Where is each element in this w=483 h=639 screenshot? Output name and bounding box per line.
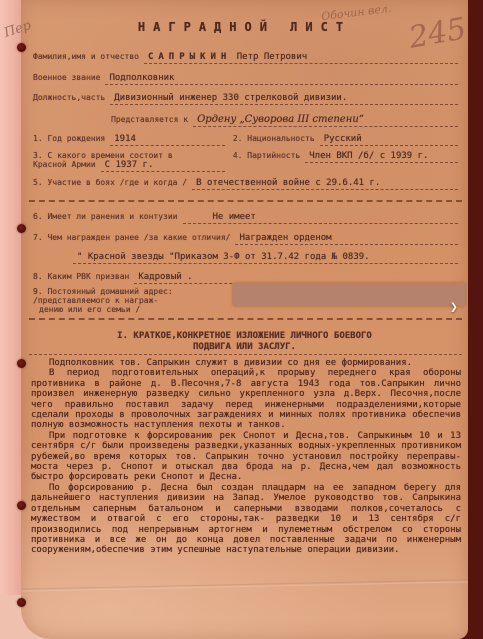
citation-text: Подполковник тов. Сапрыкин служит в диви…: [31, 358, 461, 556]
field-nationality-value: Русский: [320, 134, 458, 146]
field-row-service-party: 3. С какого времени состоит в Красной Ар…: [33, 151, 458, 172]
next-page-chevron-icon[interactable]: ❯: [450, 300, 458, 315]
scanned-award-sheet: НАГРАДНОЙ ЛИСТ Обочин вел. 245 Фамилия,и…: [0, 0, 483, 639]
field-service: 3. С какого времени состоит в Красной Ар…: [33, 151, 225, 172]
punch-hole: [17, 224, 26, 233]
field-rank-value: Подполковник: [105, 73, 458, 85]
field-birth-year: 1. Год рождения 1914: [33, 134, 225, 146]
given-names-text: Петр Петрович: [237, 52, 307, 62]
field-address-label3: дению или его семьи /: [33, 305, 458, 314]
punch-hole: [17, 359, 26, 368]
field-position: Должность,часть Дивизионный инженер 330 …: [33, 93, 458, 105]
citation-paragraph: По форсированию р. Десна был создан плац…: [31, 483, 461, 556]
section-heading-line1: I. КРАТКОЕ,КОНКРЕТНОЕ ИЗЛОЖЕНИЕ ЛИЧНОГО …: [21, 331, 468, 341]
field-rvk-label: 8. Каким РВК призван: [33, 272, 129, 281]
field-row-birth-nationality: 1. Год рождения 1914 2. Национальность Р…: [33, 134, 458, 146]
field-party-label: 4. Партийность: [233, 151, 300, 160]
field-prev-awards-value2: " Красной звезды "Приказом 3-Ф от 31.7.4…: [73, 252, 458, 264]
field-party-value: Член ВКП /б/ с 1939 г.: [305, 151, 458, 163]
section-heading-line2: ПОДВИГА ИЛИ ЗАСЛУГ.: [21, 342, 468, 352]
field-birth-year-value: 1914: [110, 134, 225, 146]
field-prev-awards-value: Награжден орденом: [235, 233, 458, 245]
field-wounds-value: Не имеет: [183, 212, 459, 224]
handwritten-page-number: 245: [406, 11, 468, 55]
field-birth-year-label: 1. Год рождения: [33, 134, 105, 143]
field-nationality-label: 2. Национальность: [233, 134, 315, 143]
field-name-label: Фамилия,имя и отчество: [33, 52, 139, 61]
section-divider: [29, 200, 462, 202]
field-battles: 5. Участие в боях /где и когда / В отече…: [33, 178, 458, 190]
field-battles-label: 5. Участие в боях /где и когда /: [33, 178, 187, 187]
surname-text: САПРЫКИН: [148, 52, 231, 62]
page-title: НАГРАДНОЙ ЛИСТ: [21, 20, 468, 34]
field-service-label1: 3. С какого времени состоит в: [33, 151, 225, 160]
field-service-value: С 1937 г.: [101, 160, 225, 172]
punch-hole: [17, 501, 26, 510]
redacted-address-region: [233, 283, 465, 306]
punch-hole: [17, 43, 26, 52]
field-service-label2: Красной Армии: [33, 160, 96, 169]
field-nominated-value: Ордену „Суворова III степени“: [193, 114, 458, 127]
heading-underline: [29, 354, 462, 355]
field-battles-value: В отечественной войне с 29.6.41 г.: [192, 178, 458, 190]
citation-paragraph: При подготовке к форсированию рек Снопот…: [31, 431, 461, 483]
field-wounds-label: 6. Имеет ли ранения и контузии: [33, 212, 178, 221]
field-prev-awards: 7. Чем награжден ранее /за какие отличия…: [33, 233, 458, 245]
field-nominated-label: Представляется к: [111, 115, 188, 124]
field-position-value: Дивизионный инженер 330 стрелковой дивиз…: [110, 93, 458, 105]
field-rank: Военное звание Подполковник: [33, 73, 458, 85]
document-page: НАГРАДНОЙ ЛИСТ Обочин вел. 245 Фамилия,и…: [21, 0, 468, 639]
field-wounds: 6. Имеет ли ранения и контузии Не имеет: [33, 212, 458, 224]
field-party: 4. Партийность Член ВКП /б/ с 1939 г.: [225, 151, 458, 163]
field-rank-label: Военное звание: [33, 73, 100, 82]
field-name: Фамилия,имя и отчество САПРЫКИН Петр Пет…: [33, 52, 458, 64]
field-position-label: Должность,часть: [33, 93, 105, 102]
punch-hole: [17, 598, 26, 607]
field-nominated: Представляется к Ордену „Суворова III ст…: [111, 114, 458, 127]
citation-paragraph: Подполковник тов. Сапрыкин служит в диви…: [31, 358, 461, 368]
field-service-line2: Красной Армии С 1937 г.: [33, 160, 225, 172]
paper-fold-crease: [21, 579, 468, 591]
field-nationality: 2. Национальность Русский: [225, 134, 458, 146]
citation-paragraph: В период подготовительных операций,к про…: [31, 368, 461, 430]
field-name-value: САПРЫКИН Петр Петрович: [144, 52, 458, 64]
field-prev-awards-line2: " Красной звезды "Приказом 3-Ф от 31.7.4…: [33, 252, 458, 264]
section-divider: [29, 318, 462, 320]
field-prev-awards-label: 7. Чем награжден ранее /за какие отличия…: [33, 233, 230, 242]
